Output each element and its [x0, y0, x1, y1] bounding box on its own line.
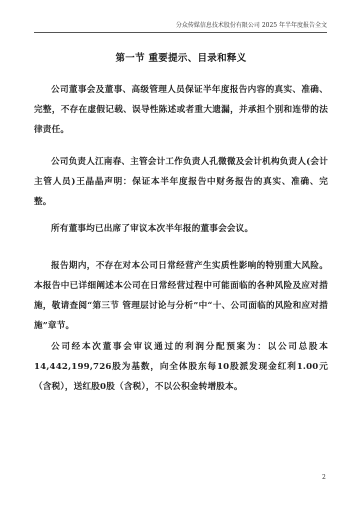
section-title: 第一节 重要提示、目录和释义 — [0, 50, 362, 64]
paragraph-profit-distribution: 公司经本次董事会审议通过的利润分配预案为：以公司总股本14,442,199,72… — [34, 337, 328, 397]
paragraph-responsible-persons: 公司负责人江南春、主管会计工作负责人孔微微及会计机构负责人(会计主管人员)王晶晶… — [34, 152, 328, 212]
page-number: 2 — [322, 474, 326, 481]
paragraph-risk-notice: 报告期内，不存在对本公司日常经营产生实质性影响的特别重大风险。本报告中已详细阐述… — [34, 256, 328, 336]
paragraph-board-guarantee: 公司董事会及董事、高级管理人员保证半年度报告内容的真实、准确、完整，不存在虚假记… — [34, 80, 328, 140]
document-page: 分众传媒信息技术股份有限公司 2025 年半年度报告全文 第一节 重要提示、目录… — [0, 0, 362, 512]
running-header: 分众传媒信息技术股份有限公司 2025 年半年度报告全文 — [34, 22, 327, 33]
paragraph-directors-attendance: 所有董事均已出席了审议本次半年报的董事会会议。 — [34, 219, 328, 239]
